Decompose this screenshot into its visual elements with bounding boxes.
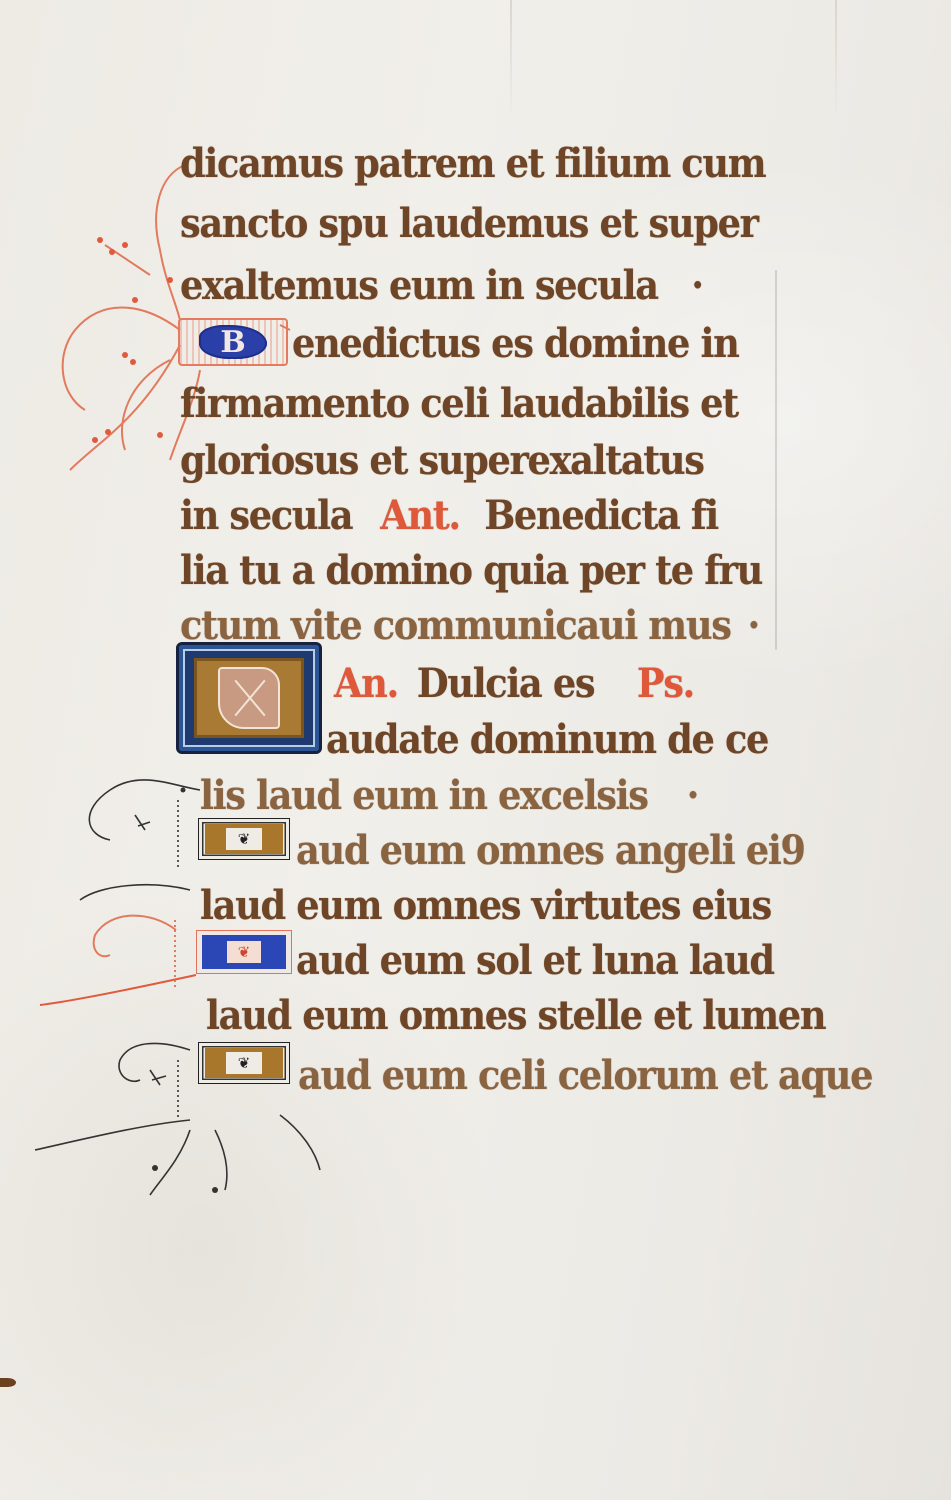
rubric-psalm: Ps. bbox=[637, 660, 694, 707]
manuscript-line: ctum vite communicaui mus · bbox=[180, 602, 759, 649]
manuscript-line: laud eum omnes virtutes eius bbox=[200, 882, 771, 929]
punctus: · bbox=[747, 602, 758, 649]
manuscript-line: sancto spu laudemus et super bbox=[180, 200, 758, 247]
manuscript-line: laud eum omnes stelle et lumen bbox=[206, 992, 825, 1039]
punctus: · bbox=[691, 262, 702, 309]
manuscript-line: aud eum celi celorum et aque bbox=[298, 1052, 872, 1099]
manuscript-leaf: B ❦ ❦ ❦ dicamus patrem et filium cum san… bbox=[0, 0, 951, 1500]
manuscript-line: audate dominum de ce bbox=[326, 716, 768, 763]
manuscript-line: firmamento celi laudabilis et bbox=[180, 380, 738, 427]
manuscript-line: An. Dulcia es Ps. bbox=[334, 660, 694, 707]
manuscript-line: enedictus es domine in bbox=[292, 320, 738, 367]
text-column: dicamus patrem et filium cum sancto spu … bbox=[0, 0, 951, 1500]
manuscript-line: aud eum omnes angeli ei9 bbox=[296, 827, 805, 874]
manuscript-line: in secula Ant. Benedicta fi bbox=[180, 492, 718, 539]
manuscript-line: exaltemus eum in secula · bbox=[180, 262, 703, 309]
rubric-antiphon: Ant. bbox=[380, 492, 460, 539]
manuscript-line: gloriosus et superexaltatus bbox=[180, 437, 704, 484]
rubric-antiphon: An. bbox=[334, 660, 398, 707]
punctus: · bbox=[687, 772, 698, 819]
manuscript-line: lia tu a domino quia per te fru bbox=[180, 547, 762, 594]
manuscript-line: aud eum sol et luna laud bbox=[296, 937, 774, 984]
manuscript-line: lis laud eum in excelsis · bbox=[200, 772, 698, 819]
manuscript-line: dicamus patrem et filium cum bbox=[180, 140, 765, 187]
